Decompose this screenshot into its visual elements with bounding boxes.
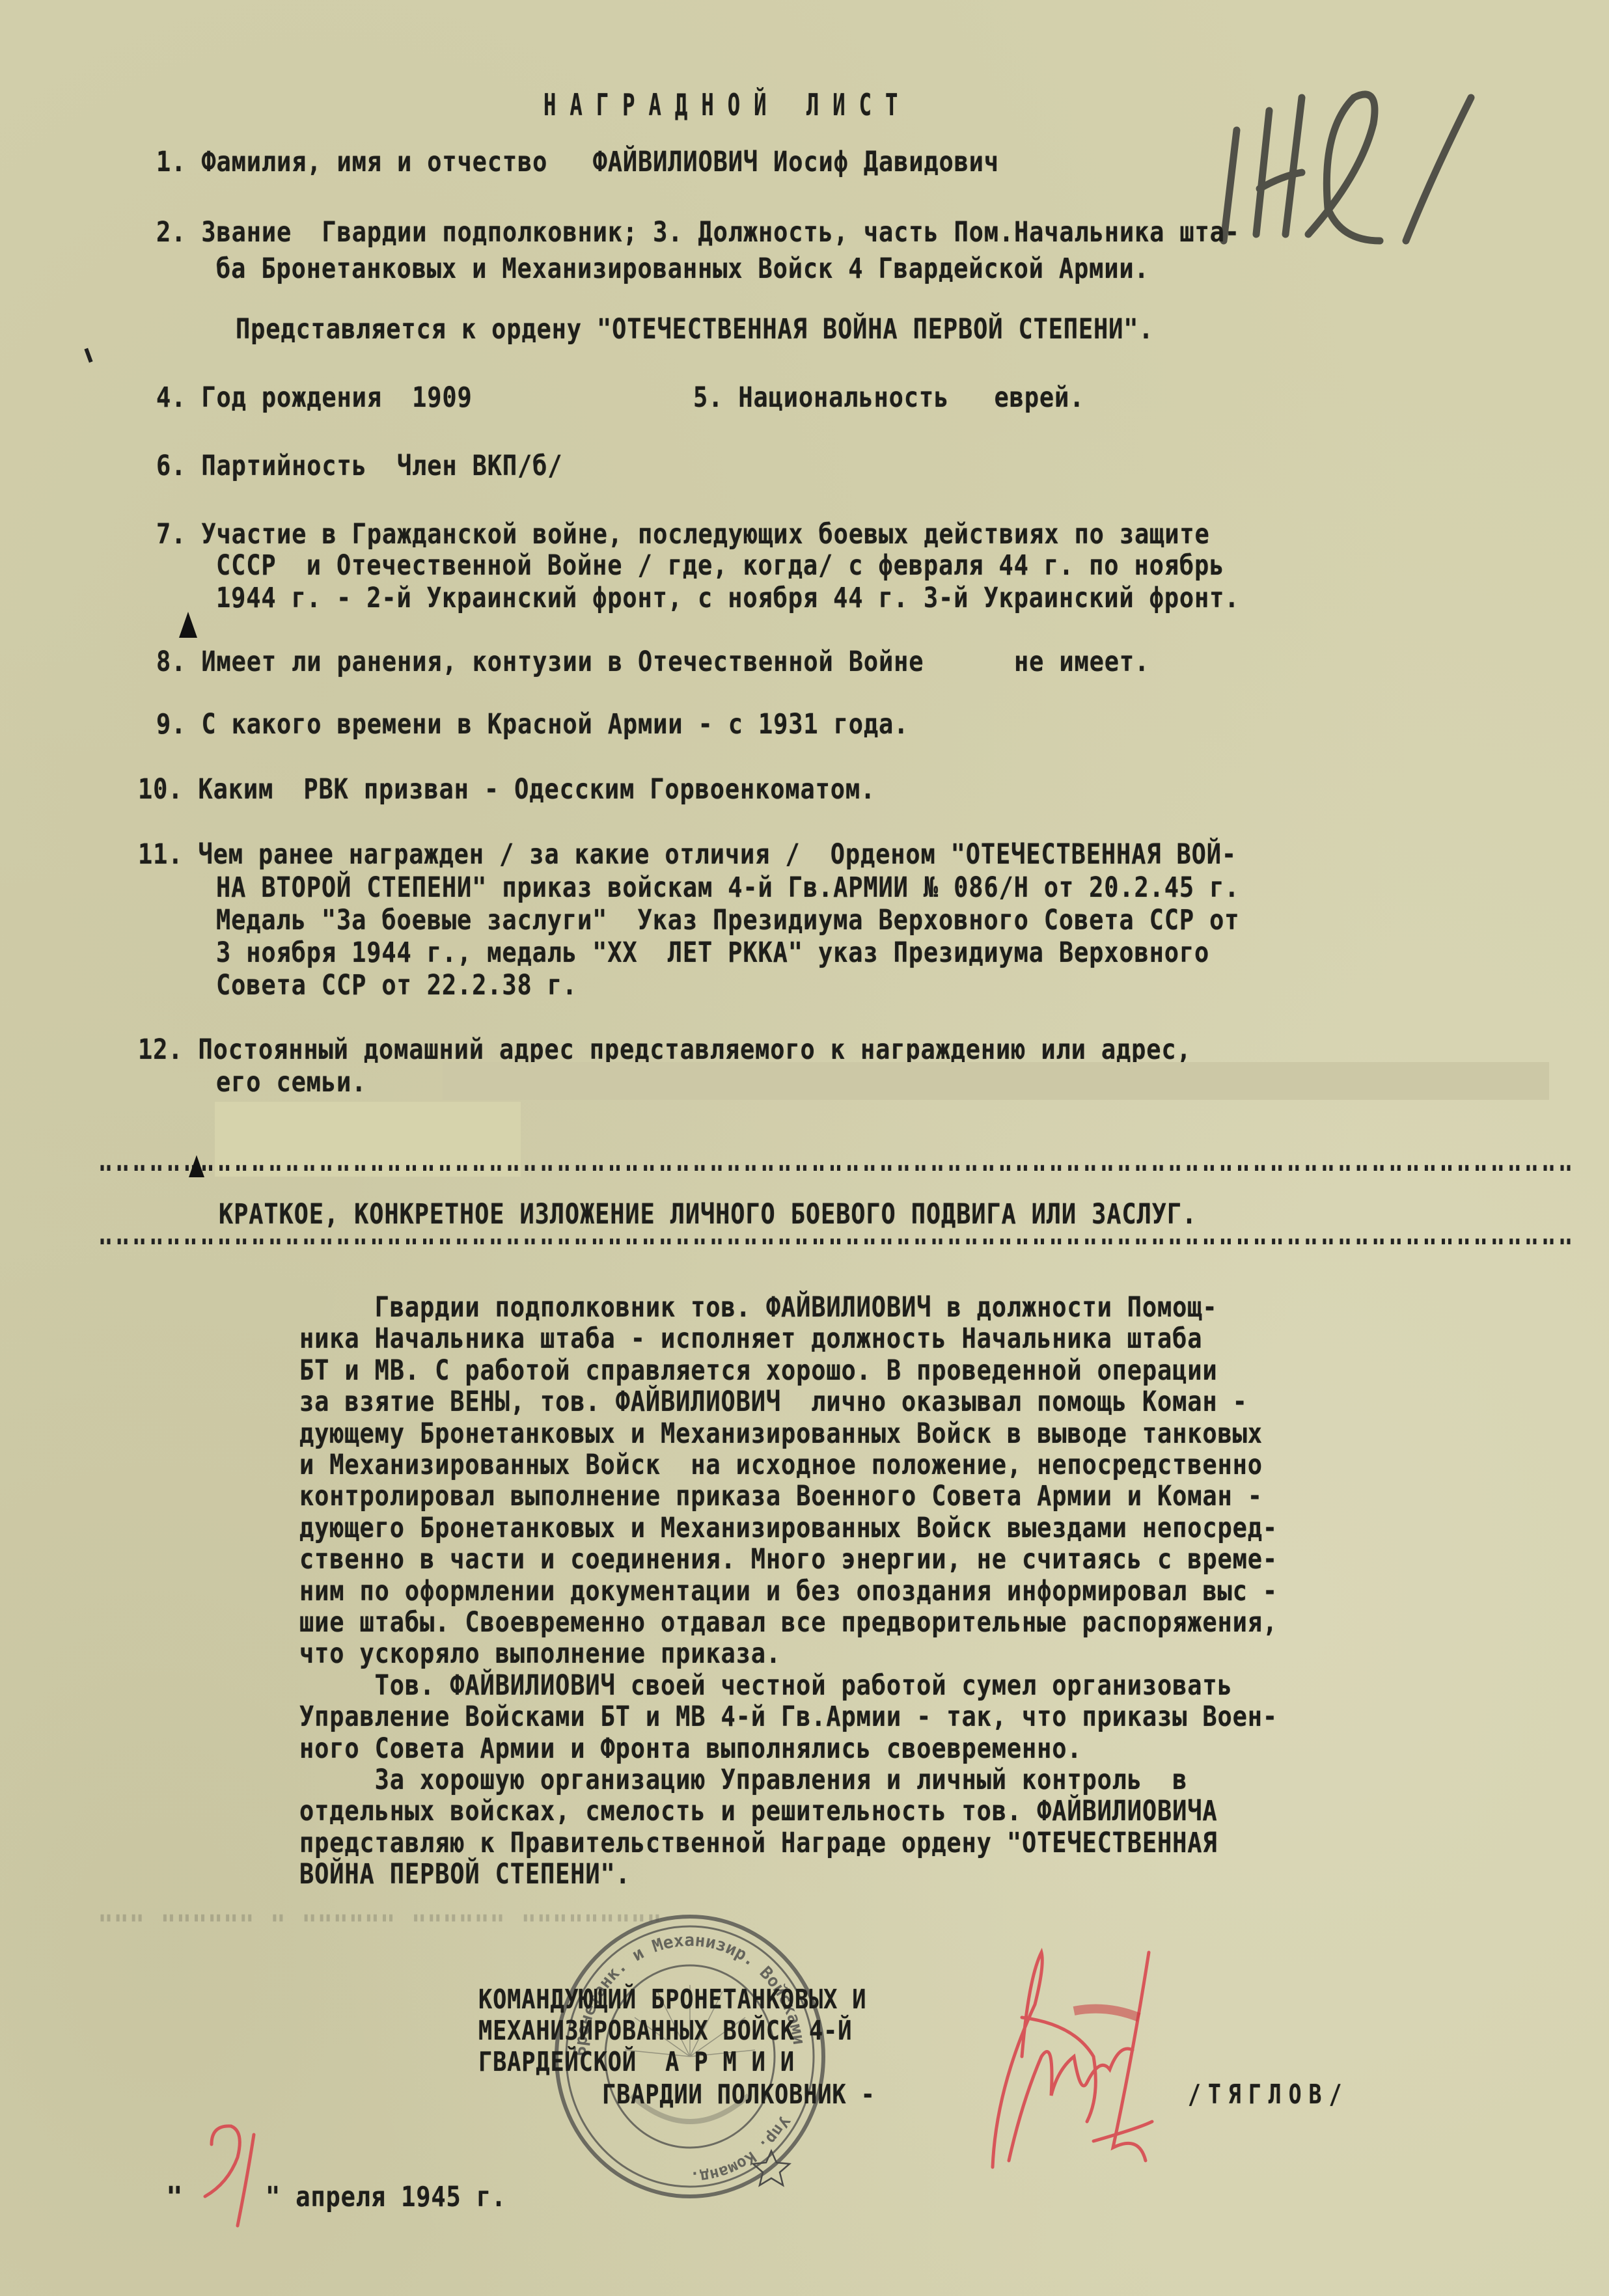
- nomination-line: Представляется к ордену "ОТЕЧЕСТВЕННАЯ В…: [236, 316, 1154, 344]
- signature-title-4: ГВАРДИИ ПОЛКОВНИК -: [602, 2081, 875, 2108]
- date-open-quote: ": [166, 2183, 184, 2211]
- item-8-wounds: 8. Имеет ли ранения, контузии в Отечеств…: [156, 648, 1149, 676]
- narrative-line: за взятие ВЕНЫ, тов. ФАЙВИЛИОВИЧ лично о…: [299, 1388, 1248, 1416]
- handwritten-number-mark: 1121: [1211, 59, 1484, 247]
- narrative-line: отдельных войсках, смелость и решительно…: [299, 1797, 1218, 1825]
- item-7-line-2: СССР и Отечественной Войне / где, когда/…: [216, 552, 1224, 580]
- item-12-line-2: его семьи.: [216, 1069, 366, 1097]
- item-7-line-3: 1944 г. - 2-й Украинский фронт, с ноября…: [216, 584, 1239, 612]
- narrative-line: дующего Бронетанковых и Механизированных…: [299, 1514, 1278, 1542]
- signature-title-2: МЕХАНИЗИРОВАННЫХ ВОЙСК 4-Й: [478, 2017, 852, 2044]
- narrative-line: ним по оформлении документации и без опо…: [299, 1578, 1278, 1606]
- narrative-line: что ускоряло выполнение приказа.: [299, 1640, 781, 1668]
- narrative-line: ВОЙНА ПЕРВОЙ СТЕПЕНИ".: [299, 1861, 631, 1889]
- item-2-position-cont: ба Бронетанковых и Механизированных Войс…: [216, 255, 1149, 283]
- narrative-line: и Механизированных Войск на исходное пол…: [299, 1451, 1263, 1479]
- item-1-full-name: 1. Фамилия, имя и отчество ФАЙВИЛИОВИЧ И…: [156, 148, 999, 176]
- narrative-line: контролировал выполнение приказа Военног…: [299, 1483, 1263, 1510]
- item-6-party: 6. Партийность Член ВКП/б/: [156, 452, 562, 480]
- narrative-line: ственно в части и соединения. Много энер…: [299, 1546, 1278, 1574]
- narrative-line: БТ и МВ. С работой справляется хорошо. В…: [299, 1357, 1218, 1385]
- item-2-rank-position: 2. Звание Гвардии подполковник; 3. Должн…: [156, 219, 1240, 247]
- margin-mark: [179, 612, 197, 638]
- item-11-line-5: Совета ССР от 22.2.38 г.: [216, 972, 577, 1000]
- item-9-service-since: 9. С какого времени в Красной Армии - с …: [156, 711, 909, 739]
- item-4-birth-year: 4. Год рождения 1909: [156, 384, 473, 412]
- narrative-line: ника Начальника штаба - исполняет должно…: [299, 1325, 1202, 1353]
- document-title: НАГРАДНОЙ ЛИСТ: [543, 90, 911, 120]
- margin-mark: [84, 348, 92, 363]
- separator-bottom: """"""""""""""""""""""""""""""""""""""""…: [98, 1235, 1575, 1259]
- signature-title-3: ГВАРДЕЙСКОЙ А Р М И И: [478, 2049, 795, 2075]
- item-11-line-2: НА ВТОРОЙ СТЕПЕНИ" приказ войскам 4-й Гв…: [216, 874, 1239, 902]
- section-heading: КРАТКОЕ, КОНКРЕТНОЕ ИЗЛОЖЕНИЕ ЛИЧНОГО БО…: [219, 1201, 1197, 1229]
- margin-mark: [189, 1155, 204, 1177]
- item-11-line-3: Медаль "За боевые заслуги" Указ Президиу…: [216, 907, 1239, 935]
- separator-top: """"""""""""""""""""""""""""""""""""""""…: [98, 1162, 1575, 1186]
- narrative-line: Тов. ФАЙВИЛИОВИЧ своей честной работой с…: [299, 1672, 1233, 1700]
- narrative-line: представляю к Правительственной Награде …: [299, 1829, 1218, 1857]
- red-signature: [924, 1926, 1289, 2174]
- handwritten-day-mark: [192, 2118, 270, 2229]
- narrative-line: ного Совета Армии и Фронта выполнялись с…: [299, 1735, 1082, 1763]
- narrative-line: За хорошую организацию Управления и личн…: [299, 1766, 1187, 1794]
- item-7-line-1: 7. Участие в Гражданской войне, последую…: [156, 521, 1210, 549]
- narrative-line: Гвардии подполковник тов. ФАЙВИЛИОВИЧ в …: [299, 1294, 1218, 1322]
- item-11-line-4: 3 ноября 1944 г., медаль "XX ЛЕТ РККА" у…: [216, 939, 1209, 967]
- item-5-nationality: 5. Национальность еврей.: [693, 384, 1084, 412]
- date-month-year: " апреля 1945 г.: [266, 2183, 506, 2211]
- signature-title-1: КОМАНДУЮЩИЙ БРОНЕТАНКОВЫХ И: [478, 1986, 866, 2013]
- narrative-line: шие штабы. Своевременно отдавал все пред…: [299, 1609, 1278, 1637]
- narrative-line: Управление Войсками БТ и МВ 4-й Гв.Армии…: [299, 1703, 1278, 1731]
- item-10-draft-office: 10. Каким РВК призван - Одесским Горвоен…: [138, 776, 875, 804]
- narrative-line: дующему Бронетанковых и Механизированных…: [299, 1420, 1263, 1448]
- item-12-line-1: 12. Постоянный домашний адрес представля…: [138, 1036, 1192, 1064]
- item-11-line-1: 11. Чем ранее награжден / за какие отлич…: [138, 841, 1237, 869]
- redacted-address-block: [443, 1062, 1549, 1100]
